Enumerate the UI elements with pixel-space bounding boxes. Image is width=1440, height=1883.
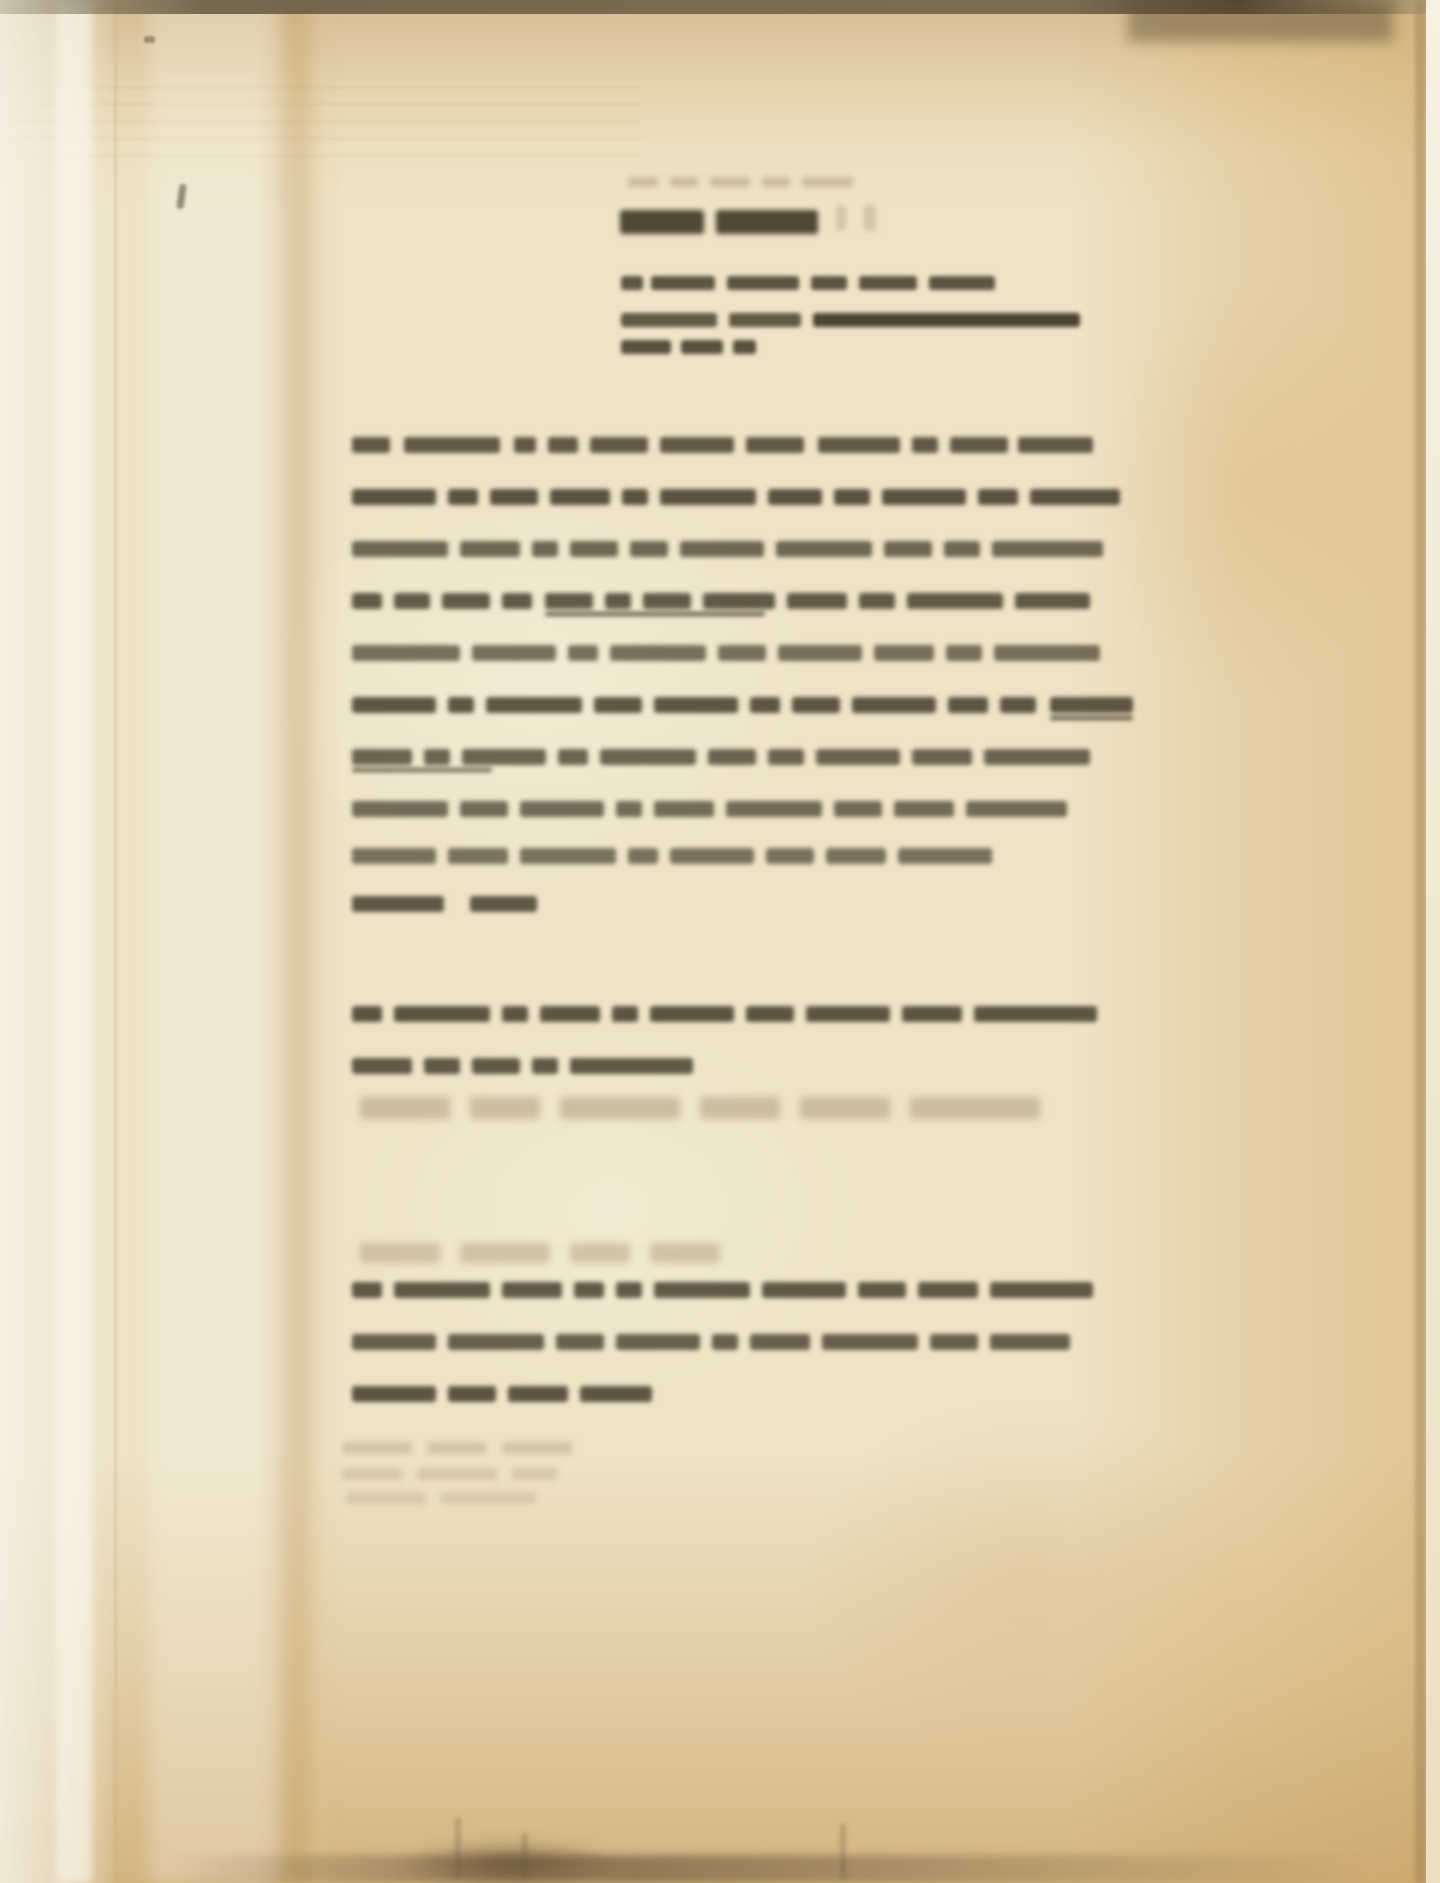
typed-word-blob — [768, 749, 804, 765]
typed-word-blob — [628, 848, 658, 864]
para3-line-1 — [352, 1282, 1093, 1298]
typed-word-blob — [570, 1243, 630, 1263]
typed-word-blob — [898, 848, 992, 864]
typed-word-blob — [990, 1334, 1070, 1350]
typed-word-blob — [621, 313, 717, 327]
typed-word-blob — [852, 697, 936, 713]
typed-word-blob — [746, 1006, 794, 1022]
ghost-tail-1 — [342, 1442, 572, 1454]
typed-word-blob — [352, 1386, 436, 1402]
typed-word-blob — [884, 541, 932, 557]
typed-word-blob — [342, 1442, 412, 1454]
typed-word-blob — [716, 210, 818, 234]
typed-word-blob — [442, 593, 490, 609]
typed-word-blob — [424, 1058, 460, 1074]
typed-word-blob — [622, 489, 648, 505]
ghost-tail-3 — [346, 1492, 536, 1504]
typed-word-blob — [992, 541, 1103, 557]
typed-word-blob — [670, 848, 754, 864]
typed-word-blob — [448, 1334, 544, 1350]
typed-word-blob — [441, 1492, 536, 1504]
typed-word-blob — [978, 489, 1018, 505]
typed-word-blob — [490, 489, 538, 505]
para3-line-2 — [352, 1334, 1070, 1350]
typed-word-blob — [570, 1058, 693, 1074]
typed-word-blob — [346, 1492, 426, 1504]
para1-line-6 — [352, 697, 1133, 713]
typed-word-blob — [712, 1334, 738, 1350]
typed-word-blob — [762, 1282, 846, 1298]
typed-word-blob — [532, 541, 558, 557]
typed-word-blob — [360, 1243, 440, 1263]
title-ghost-line — [628, 177, 853, 187]
typed-word-blob — [994, 645, 1100, 661]
typed-word-blob — [1030, 489, 1120, 505]
typed-word-blob — [800, 1097, 890, 1119]
typed-word-blob — [590, 437, 648, 453]
title-line — [620, 210, 818, 234]
typed-word-blob — [532, 1058, 558, 1074]
typed-word-blob — [651, 276, 715, 290]
typed-word-blob — [792, 697, 840, 713]
typed-word-blob — [834, 801, 882, 817]
para1-line-5 — [352, 645, 1100, 661]
byline-line-2 — [621, 313, 1080, 327]
typed-word-blob — [616, 1334, 700, 1350]
typed-word-blob — [948, 697, 988, 713]
typed-word-blob — [1050, 697, 1133, 713]
typed-word-blob — [864, 205, 876, 231]
typed-word-blob — [643, 593, 691, 609]
typed-word-blob — [600, 749, 696, 765]
typed-word-blob — [912, 749, 972, 765]
typed-word-blob — [556, 1334, 604, 1350]
typed-word-blob — [710, 177, 750, 187]
typed-word-blob — [726, 801, 822, 817]
typed-word-blob — [703, 593, 775, 609]
typed-word-blob — [352, 489, 436, 505]
typed-word-blob — [654, 1282, 750, 1298]
typed-word-blob — [990, 1282, 1093, 1298]
typed-word-blob — [700, 1097, 780, 1119]
typed-word-blob — [628, 177, 658, 187]
typed-word-blob — [966, 801, 1067, 817]
typed-word-blob — [910, 1097, 1040, 1119]
typed-word-blob — [984, 749, 1090, 765]
typed-word-blob — [778, 645, 862, 661]
typed-word-blob — [548, 437, 578, 453]
typed-word-blob — [472, 645, 556, 661]
typed-word-blob — [621, 276, 643, 290]
typed-word-blob — [806, 1006, 890, 1022]
typed-word-blob — [460, 1243, 550, 1263]
typed-word-blob — [1018, 437, 1093, 453]
typed-word-blob — [502, 1282, 562, 1298]
typed-word-blob — [918, 1282, 978, 1298]
typed-word-blob — [520, 848, 616, 864]
ghost-tail-2 — [342, 1468, 557, 1480]
typed-word-blob — [594, 697, 642, 713]
typed-word-blob — [352, 437, 390, 453]
typed-word-blob — [762, 177, 790, 187]
typed-word-blob — [502, 1442, 572, 1454]
typed-word-blob — [460, 801, 508, 817]
typed-word-blob — [950, 437, 1008, 453]
typed-word-blob — [768, 489, 822, 505]
typed-word-blob — [550, 489, 610, 505]
typed-word-blob — [727, 276, 799, 290]
typed-word-blob — [816, 749, 900, 765]
typed-word-blob — [512, 1468, 557, 1480]
typed-word-blob — [352, 801, 448, 817]
typed-word-blob — [545, 593, 593, 609]
typed-word-blob — [352, 697, 436, 713]
typed-word-blob — [670, 177, 698, 187]
typed-word-blob — [448, 489, 478, 505]
underline-mark — [1050, 716, 1133, 720]
typed-word-blob — [570, 541, 618, 557]
typed-word-blob — [859, 276, 917, 290]
typed-word-blob — [1015, 593, 1090, 609]
typed-word-blob — [394, 1006, 490, 1022]
typed-word-blob — [750, 1334, 810, 1350]
typed-word-blob — [818, 437, 900, 453]
typed-word-blob — [746, 437, 804, 453]
typed-word-blob — [787, 593, 847, 609]
typed-word-blob — [352, 749, 412, 765]
para1-line-7 — [352, 749, 1090, 765]
typed-word-blob — [574, 1282, 604, 1298]
para1-line-3 — [352, 541, 1103, 557]
typed-word-blob — [352, 1006, 382, 1022]
typed-word-blob — [733, 340, 756, 354]
typed-word-blob — [708, 749, 756, 765]
typed-word-blob — [352, 1334, 436, 1350]
typed-word-blob — [360, 1097, 450, 1119]
typed-word-blob — [802, 177, 853, 187]
typed-word-blob — [974, 1006, 1097, 1022]
typed-word-blob — [470, 896, 537, 912]
typed-word-blob — [352, 645, 460, 661]
title-side-ghost — [836, 205, 876, 231]
typed-word-blob — [859, 593, 895, 609]
typed-word-blob — [813, 313, 1080, 327]
typed-word-blob — [486, 697, 582, 713]
typed-word-blob — [460, 541, 520, 557]
typed-word-blob — [448, 1386, 496, 1402]
typed-word-blob — [502, 593, 532, 609]
typed-word-blob — [424, 749, 450, 765]
typed-word-blob — [894, 801, 954, 817]
typed-word-blob — [834, 489, 870, 505]
ghost-band-1 — [360, 1097, 1040, 1119]
typed-word-blob — [776, 541, 872, 557]
typed-word-blob — [902, 1006, 962, 1022]
typed-word-blob — [858, 1282, 906, 1298]
typed-word-blob — [680, 541, 764, 557]
typed-word-blob — [630, 541, 668, 557]
para2-line-1 — [352, 1006, 1097, 1022]
typed-word-blob — [650, 1006, 734, 1022]
typed-word-blob — [508, 1386, 568, 1402]
typed-word-blob — [352, 541, 448, 557]
typed-word-blob — [874, 645, 934, 661]
typed-word-blob — [654, 801, 714, 817]
typed-word-blob — [650, 1243, 720, 1263]
typed-word-blob — [427, 1442, 487, 1454]
typed-word-blob — [540, 1006, 600, 1022]
typed-word-blob — [660, 489, 756, 505]
typed-word-blob — [882, 489, 966, 505]
typed-word-blob — [352, 1058, 412, 1074]
typed-word-blob — [560, 1097, 680, 1119]
typed-word-blob — [352, 1282, 382, 1298]
typed-word-blob — [394, 1282, 490, 1298]
typed-word-blob — [404, 437, 500, 453]
para2-line-2 — [352, 1058, 693, 1074]
typed-word-blob — [462, 749, 546, 765]
typed-word-blob — [352, 593, 382, 609]
typed-word-blob — [1000, 697, 1036, 713]
typed-word-blob — [417, 1468, 497, 1480]
typed-word-blob — [448, 697, 474, 713]
typed-word-blob — [750, 697, 780, 713]
typed-word-blob — [616, 1282, 642, 1298]
typed-word-blob — [826, 848, 886, 864]
para1-line-10 — [352, 896, 537, 912]
typed-word-blob — [929, 276, 995, 290]
byline-line-1 — [621, 276, 995, 290]
typed-word-blob — [580, 1386, 652, 1402]
typed-word-blob — [520, 801, 604, 817]
typed-word-blob — [681, 340, 723, 354]
para1-line-8 — [352, 801, 1067, 817]
typed-word-blob — [944, 541, 980, 557]
typed-word-blob — [621, 340, 671, 354]
typed-word-blob — [660, 437, 734, 453]
typed-word-blob — [394, 593, 430, 609]
document-photo — [0, 0, 1440, 1883]
typed-word-blob — [718, 645, 766, 661]
typed-word-blob — [946, 645, 982, 661]
typed-word-blob — [836, 205, 846, 231]
typed-word-blob — [352, 896, 444, 912]
typed-word-blob — [616, 801, 642, 817]
typed-word-blob — [822, 1334, 918, 1350]
typed-word-blob — [472, 1058, 520, 1074]
para1-line-4 — [352, 593, 1090, 609]
typed-word-blob — [502, 1006, 528, 1022]
underline-mark — [352, 768, 492, 772]
typed-word-blob — [912, 437, 938, 453]
typed-word-blob — [930, 1334, 978, 1350]
typed-word-blob — [605, 593, 631, 609]
typed-text-layer — [0, 0, 1440, 1883]
underline-mark — [545, 612, 765, 616]
typed-word-blob — [448, 848, 508, 864]
typed-word-blob — [654, 697, 738, 713]
typed-word-blob — [352, 848, 436, 864]
typed-word-blob — [907, 593, 1003, 609]
typed-word-blob — [811, 276, 847, 290]
typed-word-blob — [766, 848, 814, 864]
typed-word-blob — [620, 210, 704, 234]
typed-word-blob — [342, 1468, 402, 1480]
typed-word-blob — [470, 1097, 540, 1119]
para1-line-2 — [352, 489, 1120, 505]
typed-word-blob — [729, 313, 801, 327]
byline-line-3 — [621, 340, 756, 354]
ghost-band-2 — [360, 1243, 720, 1263]
typed-word-blob — [612, 1006, 638, 1022]
para1-line-9 — [352, 848, 992, 864]
typed-word-blob — [558, 749, 588, 765]
para1-line-1 — [352, 437, 1093, 453]
typed-word-blob — [568, 645, 598, 661]
typed-word-blob — [514, 437, 536, 453]
typed-word-blob — [610, 645, 706, 661]
para3-line-3 — [352, 1386, 652, 1402]
